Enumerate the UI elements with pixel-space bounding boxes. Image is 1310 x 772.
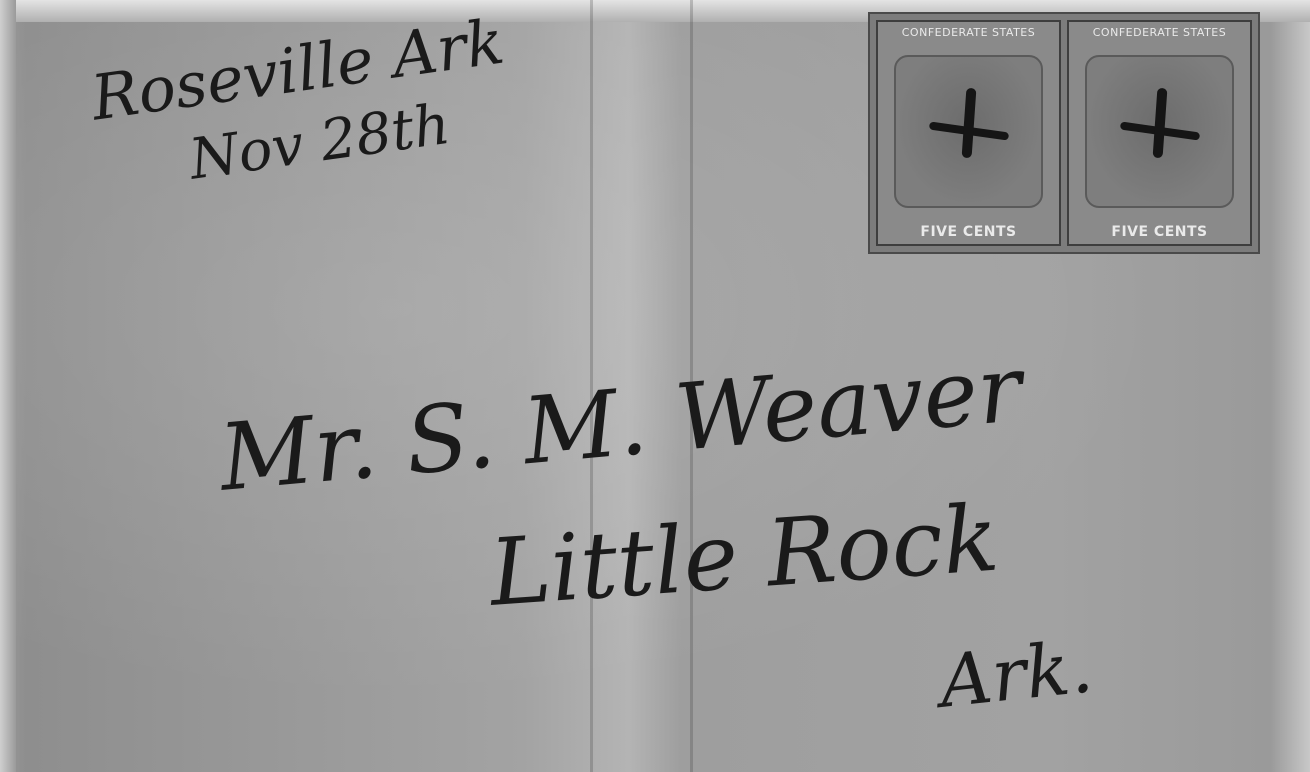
pen-cancel-icon xyxy=(1152,87,1167,158)
stamp: Confederate States Five Cents xyxy=(876,20,1061,246)
stamp-top-text: Confederate States xyxy=(1093,26,1226,39)
stamp-pair: Confederate States Five Cents Confederat… xyxy=(868,12,1260,254)
stamp-portrait xyxy=(1085,55,1234,209)
address-name: Mr. S. M. Weaver xyxy=(215,335,1026,512)
stamp-value-text: Five Cents xyxy=(1111,224,1207,240)
address-city: Little Rock xyxy=(486,485,1002,627)
address-state: Ark. xyxy=(936,624,1097,724)
pen-cancel-icon xyxy=(961,87,976,158)
stamp-top-text: Confederate States xyxy=(902,26,1035,39)
stamp-value-text: Five Cents xyxy=(920,224,1016,240)
envelope-scan: Roseville Ark Nov 28th Confederate State… xyxy=(0,0,1310,772)
stamp: Confederate States Five Cents xyxy=(1067,20,1252,246)
stamp-portrait xyxy=(894,55,1043,209)
scan-left-edge xyxy=(0,0,16,772)
